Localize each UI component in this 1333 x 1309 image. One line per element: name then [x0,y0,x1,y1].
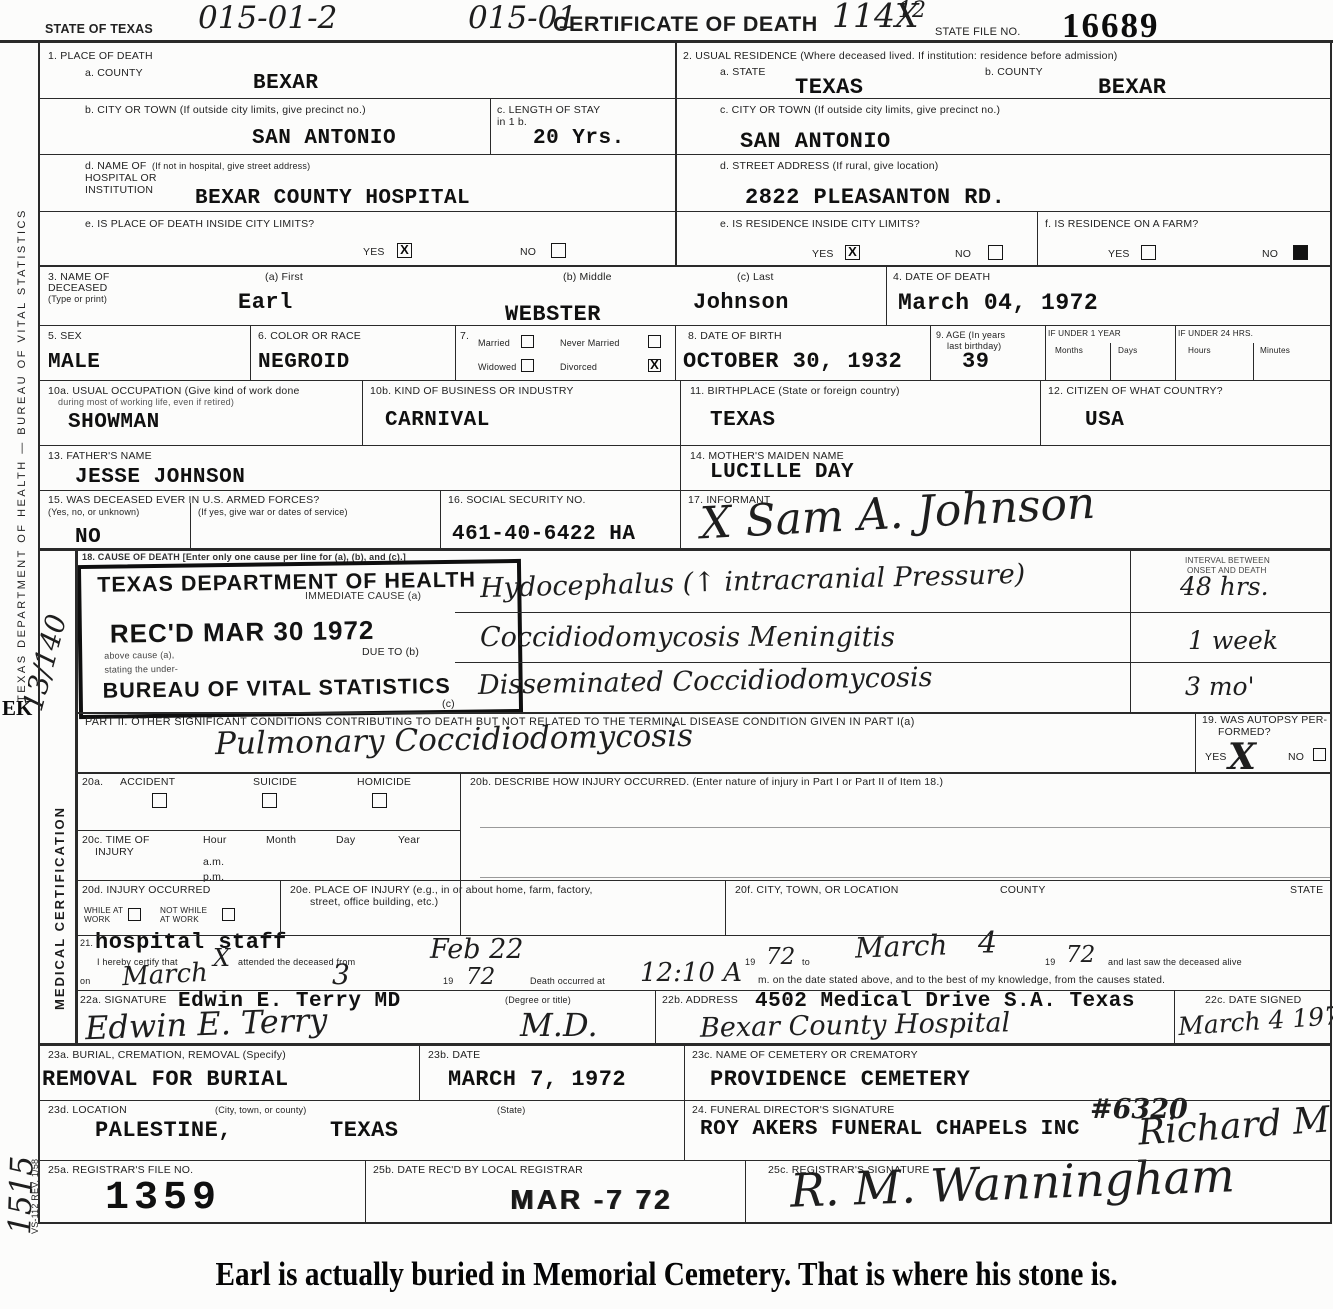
while-at-work-label-1: WHILE AT [84,906,123,915]
divider [1130,551,1131,712]
certify-text-6: Death occurred at [530,976,605,986]
armed-forces-note: (Yes, no, or unknown) [48,507,139,517]
farm-yes-label: YES [1108,248,1130,260]
day-label: Day [336,834,355,846]
state-of-texas-label: STATE OF TEXAS [45,22,153,36]
date-received-label: 25b. DATE REC'D BY LOCAL REGISTRAR [373,1164,583,1176]
dob-value: OCTOBER 30, 1932 [683,349,902,374]
divider [460,772,461,935]
last-name-label: (c) Last [737,271,774,283]
attended-to-month: March [854,928,948,964]
certify-text-4: and last saw the deceased alive [1108,957,1242,967]
residence-state-value: TEXAS [795,75,864,100]
time-of-injury-label-1: 20c. TIME OF [82,834,150,846]
divider [1195,712,1196,772]
usual-residence-label: 2. USUAL RESIDENCE (Where deceased lived… [683,50,1117,62]
residence-limits-label: e. IS RESIDENCE INSIDE CITY LIMITS? [720,218,920,230]
farm-yes-checkbox [1141,245,1156,260]
divider [455,612,1331,613]
race-value: NEGROID [258,351,350,374]
first-name-label: (a) First [265,271,303,283]
divider [1040,380,1041,445]
never-married-checkbox [648,335,661,348]
accident-label: ACCIDENT [120,776,175,788]
length-of-stay-sublabel: in 1 b. [497,116,527,128]
divider [455,325,456,380]
not-while-at-work-checkbox [222,908,235,921]
year-label: Year [398,834,420,846]
injury-county-label: COUNTY [1000,884,1046,896]
divider [1175,325,1176,380]
autopsy-yes-label: YES [1205,751,1227,763]
part-ii-value: Pulmonary Coccidiodomycosis [215,718,694,762]
armed-forces-label: 15. WAS DECEASED EVER IN U.S. ARMED FORC… [48,494,319,506]
state-file-no-label: STATE FILE NO. [935,26,1021,38]
divider [1174,990,1175,1043]
injury-occurred-label: 20d. INJURY OCCURRED [82,884,210,896]
city-limits-yes-checkbox: X [397,243,412,258]
widowed-label: Widowed [478,362,516,372]
occupation-label-2: during most of working life, even if ret… [58,397,234,407]
occupation-value: SHOWMAN [68,411,160,434]
date-signed-value: March 4 1972 [1177,1000,1333,1041]
age-value: 39 [962,349,989,374]
physician-degree-script: M.D. [520,1006,598,1044]
armed-forces-value: NO [75,526,101,549]
burial-state-value: TEXAS [330,1118,399,1143]
divider [1110,343,1111,380]
certify-x-mark: X [213,944,230,972]
divider [419,1043,420,1100]
date-of-death-label: 4. DATE OF DEATH [893,271,990,283]
certify-text-3: to [802,957,810,967]
armed-forces-note-2: (If yes, give war or dates of service) [198,507,348,517]
burial-date-label: 23b. DATE [428,1049,480,1061]
divider [38,1160,1331,1161]
cause-a-value: Hydocephalus (↑ intracranial Pressure) [480,559,1026,604]
city-limits-no-checkbox [551,243,566,258]
months-label: Months [1055,346,1083,355]
attended-from-year: 72 [766,944,795,970]
institution-label: d. NAME OF [85,160,147,172]
divider [38,98,1331,99]
burial-location-label: 23d. LOCATION [48,1104,127,1116]
medical-certification-vertical-label: MEDICAL CERTIFICATION [52,806,67,1010]
divider [655,990,656,1043]
widowed-checkbox [521,359,534,372]
divider [490,98,491,155]
divider [280,880,281,935]
ssn-value: 461-40-6422 HA [452,523,635,546]
not-while-at-work-label-2: AT WORK [160,915,199,924]
place-of-death-label: 1. PLACE OF DEATH [48,50,153,62]
registrar-file-number: 1359 [105,1176,221,1221]
city-limits-no-label: NO [520,246,536,258]
residence-limits-yes-label: YES [812,248,834,260]
divider [250,325,251,380]
residence-county-label: b. COUNTY [985,66,1043,78]
residence-city-label: c. CITY OR TOWN (If outside city limits,… [720,104,1000,116]
autopsy-no-label: NO [1288,751,1304,763]
pm-label: p.m. [203,871,224,883]
certify-text-7: m. on the date stated above, and to the … [758,975,1165,986]
accident-checkbox [152,793,167,808]
cause-form-fragment-1: above cause (a), [104,650,174,661]
handwritten-code-1: 015-01-2 [198,0,337,36]
certificate-title: CERTIFICATE OF DEATH [553,12,818,37]
divider [75,935,1331,936]
injury-state-label: STATE [1290,884,1323,896]
burial-value: REMOVAL FOR BURIAL [42,1067,289,1092]
time-of-injury-label-2: INJURY [95,846,134,858]
received-stamp: TEXAS DEPARTMENT OF HEALTH REC'D MAR 30 … [77,559,523,719]
cause-form-fragment-2: stating the under- [104,664,178,675]
citizen-value: USA [1085,409,1124,432]
divider [75,830,460,831]
physician-signature-label: 22a. SIGNATURE [80,994,167,1006]
interval-a-value: 48 hrs. [1180,572,1269,601]
divider [680,490,681,548]
informant-signature: X Sam A. Johnson [699,478,1096,550]
interval-label-1: INTERVAL BETWEEN [1185,556,1270,565]
divider [930,325,931,380]
first-name-value: Earl [238,290,293,315]
cause-c-value: Disseminated Coccidiodomycosis [478,662,933,701]
divider [480,877,1330,878]
not-while-at-work-label-1: NOT WHILE [160,906,207,915]
institution-value: BEXAR COUNTY HOSPITAL [195,187,470,210]
divider [75,548,78,1043]
degree-or-title-label: (Degree or title) [505,995,571,1005]
divider [745,1160,746,1222]
divider [38,265,1331,267]
attended-to-day: 4 [978,926,997,961]
farm-no-label: NO [1262,248,1278,260]
residence-city-value: SAN ANTONIO [740,129,891,154]
physician-address-script: Bexar County Hospital [700,1007,1011,1043]
funeral-home-typed: ROY AKERS FUNERAL CHAPELS INC [700,1118,1080,1141]
divider [886,265,887,325]
length-of-stay-label: c. LENGTH OF STAY [497,104,600,116]
place-of-injury-label-2: street, office building, etc.) [310,896,438,908]
institution-label-2: HOSPITAL OR [85,172,157,184]
divider [1045,325,1046,380]
year-prefix-1: 19 [745,957,755,967]
divider [675,41,677,265]
death-certificate-scan: STATE OF TEXAS 015-01-2 015-01 CERTIFICA… [0,0,1333,1309]
length-of-stay-value: 20 Yrs. [533,127,625,150]
city-value: SAN ANTONIO [252,127,396,150]
mother-name-value: LUCILLE DAY [710,461,854,484]
divider [0,40,1333,43]
burial-location-note-1: (City, town, or county) [215,1105,306,1115]
dob-label: 8. DATE OF BIRTH [688,330,782,342]
cemetery-label: 23c. NAME OF CEMETERY OR CREMATORY [692,1049,918,1061]
name-label-3: (Type or print) [48,294,107,304]
ssn-label: 16. SOCIAL SECURITY NO. [448,494,586,506]
divider [362,380,363,445]
divider [75,772,1331,774]
married-checkbox [521,335,534,348]
if-under-1-year-label: IF UNDER 1 YEAR [1048,329,1121,338]
sex-label: 5. SEX [48,330,82,342]
divider [680,380,681,490]
city-limits-label: e. IS PLACE OF DEATH INSIDE CITY LIMITS? [85,218,314,230]
funeral-director-label: 24. FUNERAL DIRECTOR'S SIGNATURE [692,1104,895,1116]
homicide-checkbox [372,793,387,808]
suicide-checkbox [262,793,277,808]
father-name-value: JESSE JOHNSON [75,466,245,489]
business-label: 10b. KIND OF BUSINESS OR INDUSTRY [370,385,574,397]
date-of-death-value: March 04, 1972 [898,290,1098,316]
divider [1253,343,1254,380]
divider [190,503,191,548]
year-prefix-2: 19 [1045,957,1055,967]
burial-city-value: PALESTINE, [95,1118,232,1143]
last-name-value: Johnson [693,290,789,315]
divider [75,712,1331,714]
last-seen-year: 72 [466,964,495,990]
divider [480,827,1330,828]
date-received-stamp: MAR -7 72 [510,1184,672,1216]
stamp-line-3: BUREAU OF VITAL STATISTICS [103,674,451,704]
autopsy-no-checkbox [1313,748,1326,761]
divorced-label: Divorced [560,362,597,372]
interval-b-value: 1 week [1188,626,1278,655]
residence-limits-no-label: NO [955,248,971,260]
race-label: 6. COLOR OR RACE [258,330,361,342]
county-value: BEXAR [253,72,319,95]
department-vertical-label: TEXAS DEPARTMENT OF HEALTH — BUREAU OF V… [16,208,28,702]
divider [455,662,1331,663]
interval-c-value: 3 mo' [1185,672,1254,701]
minutes-label: Minutes [1260,346,1290,355]
accident-row-num: 20a. [82,776,103,788]
institution-label-3: INSTITUTION [85,184,153,196]
hour-label: Hour [203,834,227,846]
divider [684,1043,685,1160]
burial-location-note-2: (State) [497,1105,525,1115]
divider [75,990,1331,991]
age-label-1: 9. AGE (In years [936,330,1005,340]
divider [38,445,1331,446]
county-label: a. COUNTY [85,67,143,79]
divider [38,1222,1331,1224]
occupation-label: 10a. USUAL OCCUPATION (Give kind of work… [48,385,300,397]
homicide-label: HOMICIDE [357,776,411,788]
last-seen-month: March [121,958,208,992]
father-name-label: 13. FATHER'S NAME [48,450,152,462]
divider [38,380,1331,381]
hours-label: Hours [1188,346,1211,355]
year-prefix-3: 19 [443,976,453,986]
divider [38,41,40,1224]
days-label: Days [1118,346,1137,355]
divider [75,880,1331,881]
institution-note: (If not in hospital, give street address… [152,161,310,171]
farm-no-checkbox [1293,245,1308,260]
business-value: CARNIVAL [385,409,490,432]
immediate-cause-label: IMMEDIATE CAUSE (a) [305,590,421,602]
certify-row-num: 21. [80,938,93,948]
divider [1037,211,1038,265]
last-seen-day: 3 [332,958,350,991]
divider [675,325,676,380]
cemetery-value: PROVIDENCE CEMETERY [710,1067,970,1092]
citizen-label: 12. CITIZEN OF WHAT COUNTRY? [1048,385,1223,397]
sex-value: MALE [48,351,100,374]
due-to-b-label: DUE TO (b) [362,646,419,658]
farm-label: f. IS RESIDENCE ON A FARM? [1045,218,1198,230]
attendant-typed-value: hospital staff [95,930,287,955]
death-time-value: 12:10 A [640,958,742,988]
certify-text-5: on [80,976,90,986]
residence-county-value: BEXAR [1098,75,1167,100]
burial-date-value: MARCH 7, 1972 [448,1067,626,1092]
residence-limits-no-checkbox [988,245,1003,260]
divider [38,490,1331,491]
middle-name-value: WEBSTER [505,302,601,327]
divorced-checkbox: X [648,359,661,372]
while-at-work-label-2: WORK [84,915,110,924]
married-label: Married [478,338,510,348]
divider [38,325,1331,326]
due-to-c-label: (c) [442,698,455,710]
city-label: b. CITY OR TOWN (If outside city limits,… [85,104,366,116]
never-married-label: Never Married [560,338,620,348]
registrar-file-label: 25a. REGISTRAR'S FILE NO. [48,1164,193,1176]
burial-label: 23a. BURIAL, CREMATION, REMOVAL (Specify… [48,1049,286,1061]
stamp-line-2: REC'D MAR 30 1972 [110,615,375,650]
attended-from-date: Feb 22 [430,934,523,965]
physician-signature: Edwin E. Terry [84,1001,328,1047]
am-label: a.m. [203,856,224,868]
residence-state-label: a. STATE [720,66,766,78]
street-address-value: 2822 PLEASANTON RD. [745,185,1005,210]
birthplace-label: 11. BIRTHPLACE (State or foreign country… [690,385,900,397]
city-limits-yes-label: YES [363,246,385,258]
divider [38,211,1331,212]
divider [725,880,726,935]
middle-name-label: (b) Middle [563,271,612,283]
suicide-label: SUICIDE [253,776,297,788]
name-label-2: DECEASED [48,282,107,294]
marital-label: 7. [460,330,469,342]
caption-text: Earl is actually buried in Memorial Ceme… [93,1256,1239,1294]
describe-injury-label: 20b. DESCRIBE HOW INJURY OCCURRED. (Ente… [470,776,943,788]
place-of-injury-label-1: 20e. PLACE OF INJURY (e.g., in or about … [290,884,593,896]
birthplace-value: TEXAS [710,409,776,432]
injury-city-label: 20f. CITY, TOWN, OR LOCATION [735,884,899,896]
attended-to-year: 72 [1066,942,1095,968]
cause-b-value: Coccidiodomycosis Meningitis [480,622,895,653]
residence-limits-yes-checkbox: X [845,245,860,260]
if-under-24-hrs-label: IF UNDER 24 HRS. [1178,329,1253,338]
month-label: Month [266,834,296,846]
street-address-label: d. STREET ADDRESS (If rural, give locati… [720,160,938,172]
handwritten-mark-2: 12 [898,0,926,23]
divider [1330,41,1332,1224]
autopsy-label-1: 19. WAS AUTOPSY PER- [1202,714,1327,726]
registrar-signature: R. M. Wanningham [789,1148,1235,1217]
divider [365,1160,366,1222]
divider [38,154,1331,155]
physician-address-label: 22b. ADDRESS [662,994,738,1006]
while-at-work-checkbox [128,908,141,921]
divider [38,548,1331,551]
divider [440,490,441,548]
